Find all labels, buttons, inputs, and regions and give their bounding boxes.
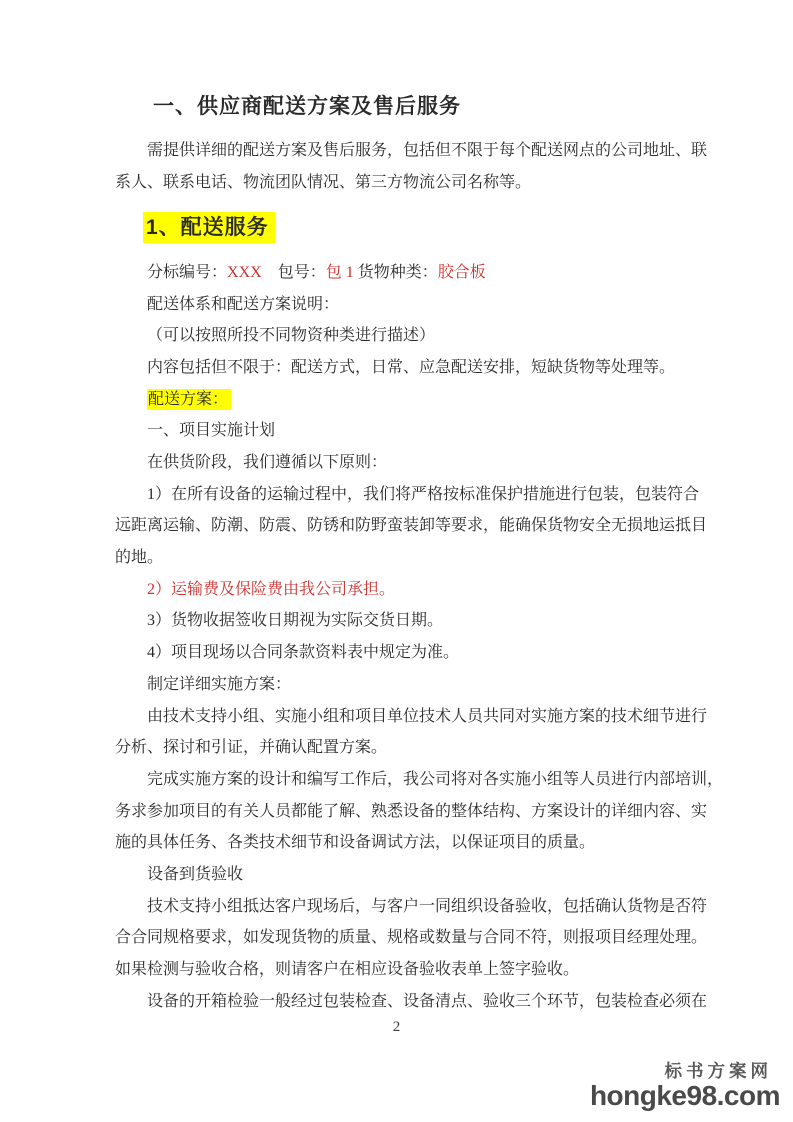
- bid-package-label: 包号：: [262, 264, 326, 281]
- bid-package-value: 包 1: [326, 264, 358, 281]
- section-heading-delivery-service: 1、配送服务: [143, 212, 275, 243]
- paragraph-line: 内容包括但不限于：配送方式，日常、应急配送安排，短缺货物等处理等。: [115, 352, 715, 384]
- paragraph-line: 1）在所有设备的运输过程中，我们将严格按标准保护措施进行包装，包装符合: [115, 479, 715, 511]
- paragraph-line: 制定详细实施方案：: [115, 669, 715, 701]
- bid-goods-value: 胶合板: [438, 264, 486, 281]
- bid-mark-label: 分标编号：: [147, 264, 227, 281]
- paragraph-line: 远距离运输、防潮、防震、防锈和防野蛮装卸等要求，能确保货物安全无损地运抵目: [115, 510, 715, 542]
- paragraph-line: 设备到货验收: [115, 859, 715, 891]
- document-page: 一、供应商配送方案及售后服务 需提供详细的配送方案及售后服务，包括但不限于每个配…: [0, 0, 793, 1122]
- paragraph-line: 一、项目实施计划: [115, 415, 715, 447]
- paragraph-line: 的地。: [115, 542, 715, 574]
- paragraph-line: 3）货物收据签收日期视为实际交货日期。: [115, 605, 715, 637]
- paragraph-line: 在供货阶段，我们遵循以下原则：: [115, 447, 715, 479]
- watermark-site-name: 标书方案网: [590, 1060, 780, 1082]
- paragraph-line: 技术支持小组抵达客户现场后，与客户一同组织设备验收，包括确认货物是否符: [115, 891, 715, 923]
- watermark: 标书方案网 hongke98.com: [590, 1060, 780, 1109]
- bid-goods-label: 货物种类：: [358, 264, 438, 281]
- paragraph-line: （可以按照所投不同物资种类进行描述）: [115, 320, 715, 352]
- paragraph-line: 配送体系和配送方案说明：: [115, 289, 715, 321]
- paragraph-line: 合合同规格要求，如发现货物的质量、规格或数量与合同不符，则报项目经理处理。: [115, 922, 715, 954]
- page-number: 2: [0, 1019, 793, 1036]
- paragraph-line: 4）项目现场以合同条款资料表中规定为准。: [115, 637, 715, 669]
- paragraph-line: 务求参加项目的有关人员都能了解、熟悉设备的整体结构、方案设计的详细内容、实: [115, 796, 715, 828]
- paragraph-line: 设备的开箱检验一般经过包装检查、设备清点、验收三个环节，包装检查必须在: [115, 986, 715, 1018]
- paragraph-line: 由技术支持小组、实施小组和项目单位技术人员共同对实施方案的技术细节进行: [115, 701, 715, 733]
- delivery-plan-highlight: 配送方案：: [147, 389, 231, 410]
- paragraph-line: 如果检测与验收合格，则请客户在相应设备验收表单上签字验收。: [115, 954, 715, 986]
- document-body: 一、供应商配送方案及售后服务 需提供详细的配送方案及售后服务，包括但不限于每个配…: [115, 93, 715, 1017]
- bid-info-line: 分标编号：XXX 包号：包 1 货物种类：胶合板: [115, 257, 715, 289]
- bid-mark-value: XXX: [227, 264, 262, 281]
- emphasis-red-line: 2）运输费及保险费由我公司承担。: [115, 574, 715, 606]
- watermark-site-url: hongke98.com: [590, 1082, 780, 1109]
- page-title: 一、供应商配送方案及售后服务: [153, 93, 715, 121]
- paragraph-line: 分析、探讨和引证，并确认配置方案。: [115, 732, 715, 764]
- paragraph-line: 需提供详细的配送方案及售后服务，包括但不限于每个配送网点的公司地址、联: [115, 135, 715, 167]
- paragraph-line: 系人、联系电话、物流团队情况、第三方物流公司名称等。: [115, 167, 715, 199]
- highlighted-label-line: 配送方案：: [115, 384, 715, 416]
- paragraph-line: 施的具体任务、各类技术细节和设备调试方法，以保证项目的质量。: [115, 827, 715, 859]
- paragraph-line: 完成实施方案的设计和编写工作后，我公司将对各实施小组等人员进行内部培训，: [115, 764, 715, 796]
